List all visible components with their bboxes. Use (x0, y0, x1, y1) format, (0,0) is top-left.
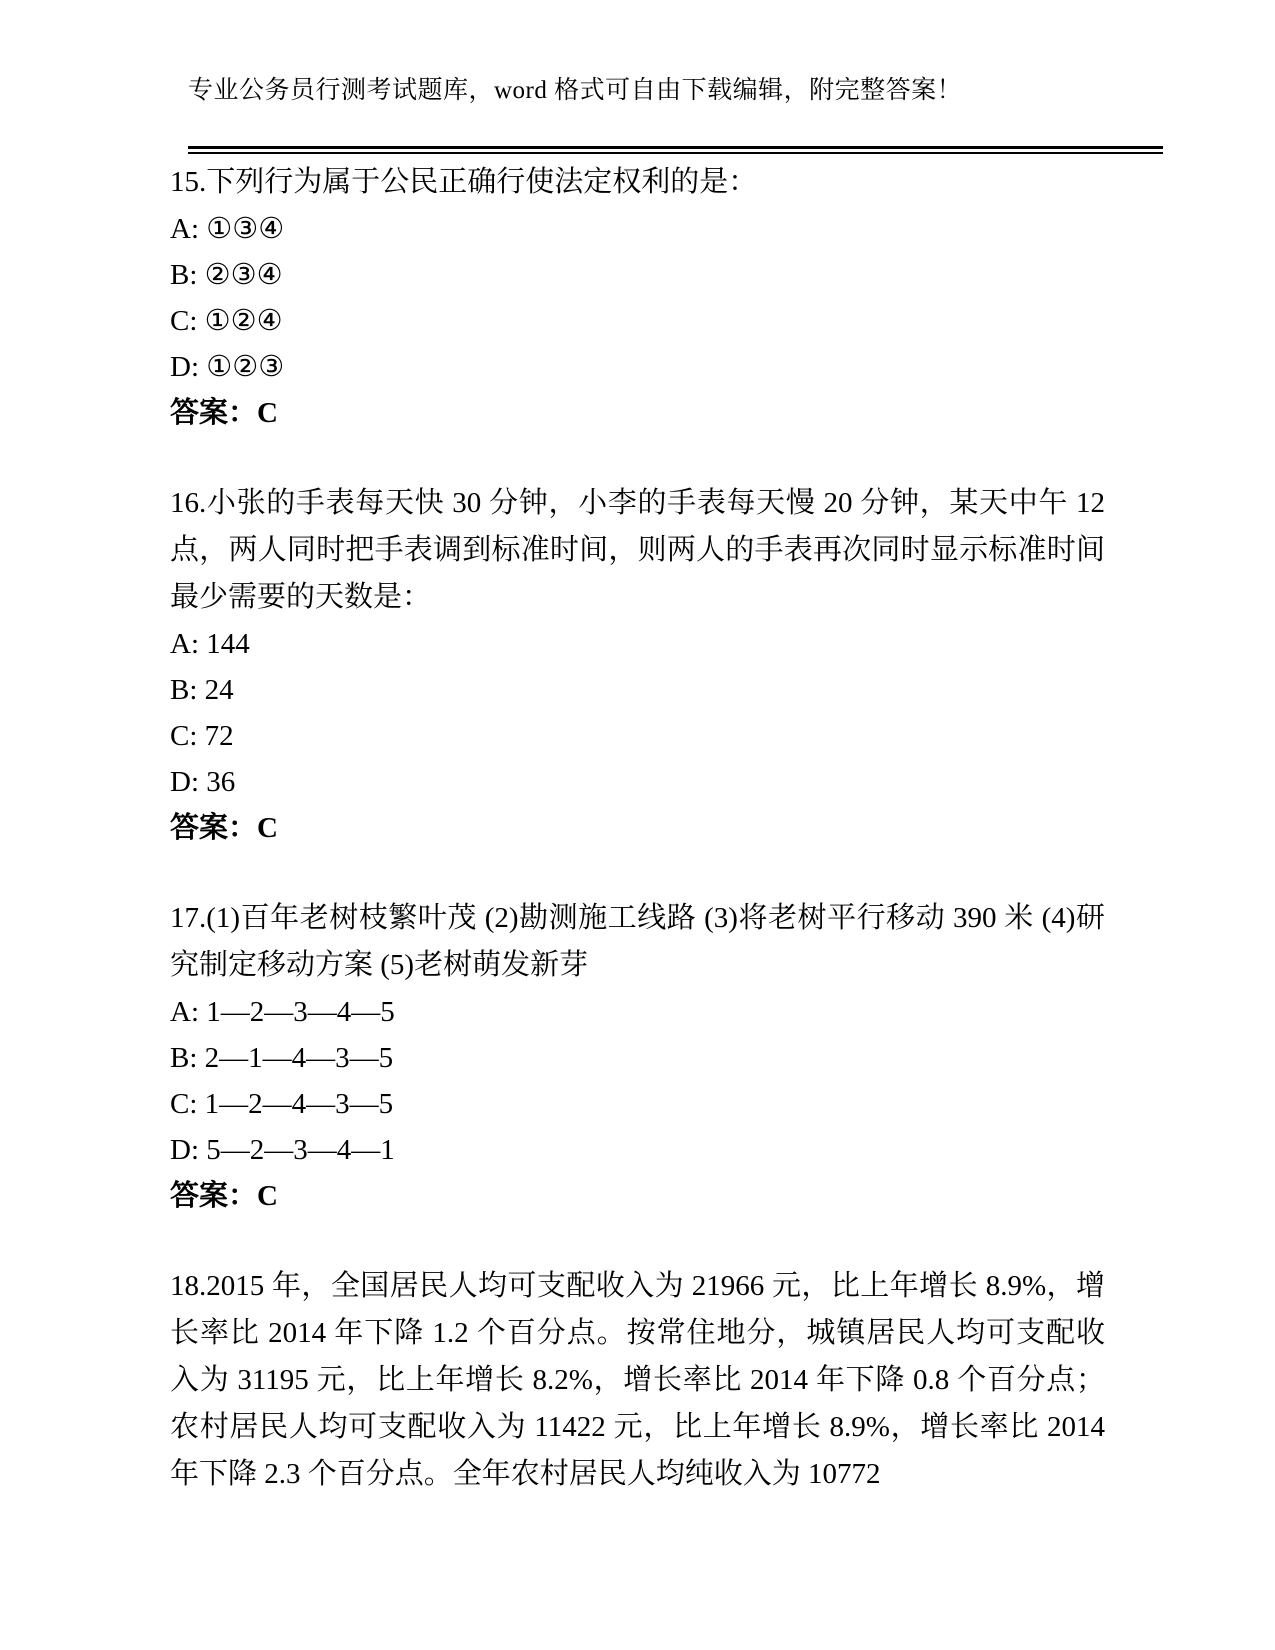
question-16-option-b: B: 24 (170, 667, 1105, 713)
question-15-text: 15.下列行为属于公民正确行使法定权利的是： (170, 159, 1105, 206)
question-15-option-c: C: ①②④ (170, 298, 1105, 344)
question-18-text: 18.2015 年，全国居民人均可支配收入为 21966 元，比上年增长 8.9… (170, 1263, 1105, 1498)
question-16: 16.小张的手表每天快 30 分钟，小李的手表每天慢 20 分钟，某天中午 12… (170, 480, 1105, 851)
header-title: 专业公务员行测考试题库，word 格式可自由下载编辑，附完整答案！ (188, 76, 1163, 105)
question-15-option-a: A: ①③④ (170, 206, 1105, 252)
question-17-text: 17.(1)百年老树枝繁叶茂 (2)勘测施工线路 (3)将老树平行移动 390 … (170, 895, 1105, 989)
question-17-option-a: A: 1—2—3—4—5 (170, 989, 1105, 1035)
document-body: 15.下列行为属于公民正确行使法定权利的是： A: ①③④ B: ②③④ C: … (170, 159, 1105, 1542)
question-16-answer: 答案：C (170, 805, 1105, 851)
question-16-option-c: C: 72 (170, 713, 1105, 759)
header-double-rule (188, 146, 1163, 154)
question-16-option-d: D: 36 (170, 759, 1105, 805)
question-16-text: 16.小张的手表每天快 30 分钟，小李的手表每天慢 20 分钟，某天中午 12… (170, 480, 1105, 621)
question-17-answer: 答案：C (170, 1173, 1105, 1219)
question-18: 18.2015 年，全国居民人均可支配收入为 21966 元，比上年增长 8.9… (170, 1263, 1105, 1498)
question-15-option-d: D: ①②③ (170, 344, 1105, 390)
question-17-option-d: D: 5—2—3—4—1 (170, 1127, 1105, 1173)
question-16-option-a: A: 144 (170, 621, 1105, 667)
page-header: 专业公务员行测考试题库，word 格式可自由下载编辑，附完整答案！ (188, 76, 1163, 154)
question-15-answer: 答案：C (170, 390, 1105, 436)
question-17-option-b: B: 2—1—4—3—5 (170, 1035, 1105, 1081)
question-17-option-c: C: 1—2—4—3—5 (170, 1081, 1105, 1127)
question-17: 17.(1)百年老树枝繁叶茂 (2)勘测施工线路 (3)将老树平行移动 390 … (170, 895, 1105, 1219)
document-page: 专业公务员行测考试题库，word 格式可自由下载编辑，附完整答案！ 15.下列行… (0, 0, 1275, 1650)
question-15: 15.下列行为属于公民正确行使法定权利的是： A: ①③④ B: ②③④ C: … (170, 159, 1105, 436)
question-15-option-b: B: ②③④ (170, 252, 1105, 298)
